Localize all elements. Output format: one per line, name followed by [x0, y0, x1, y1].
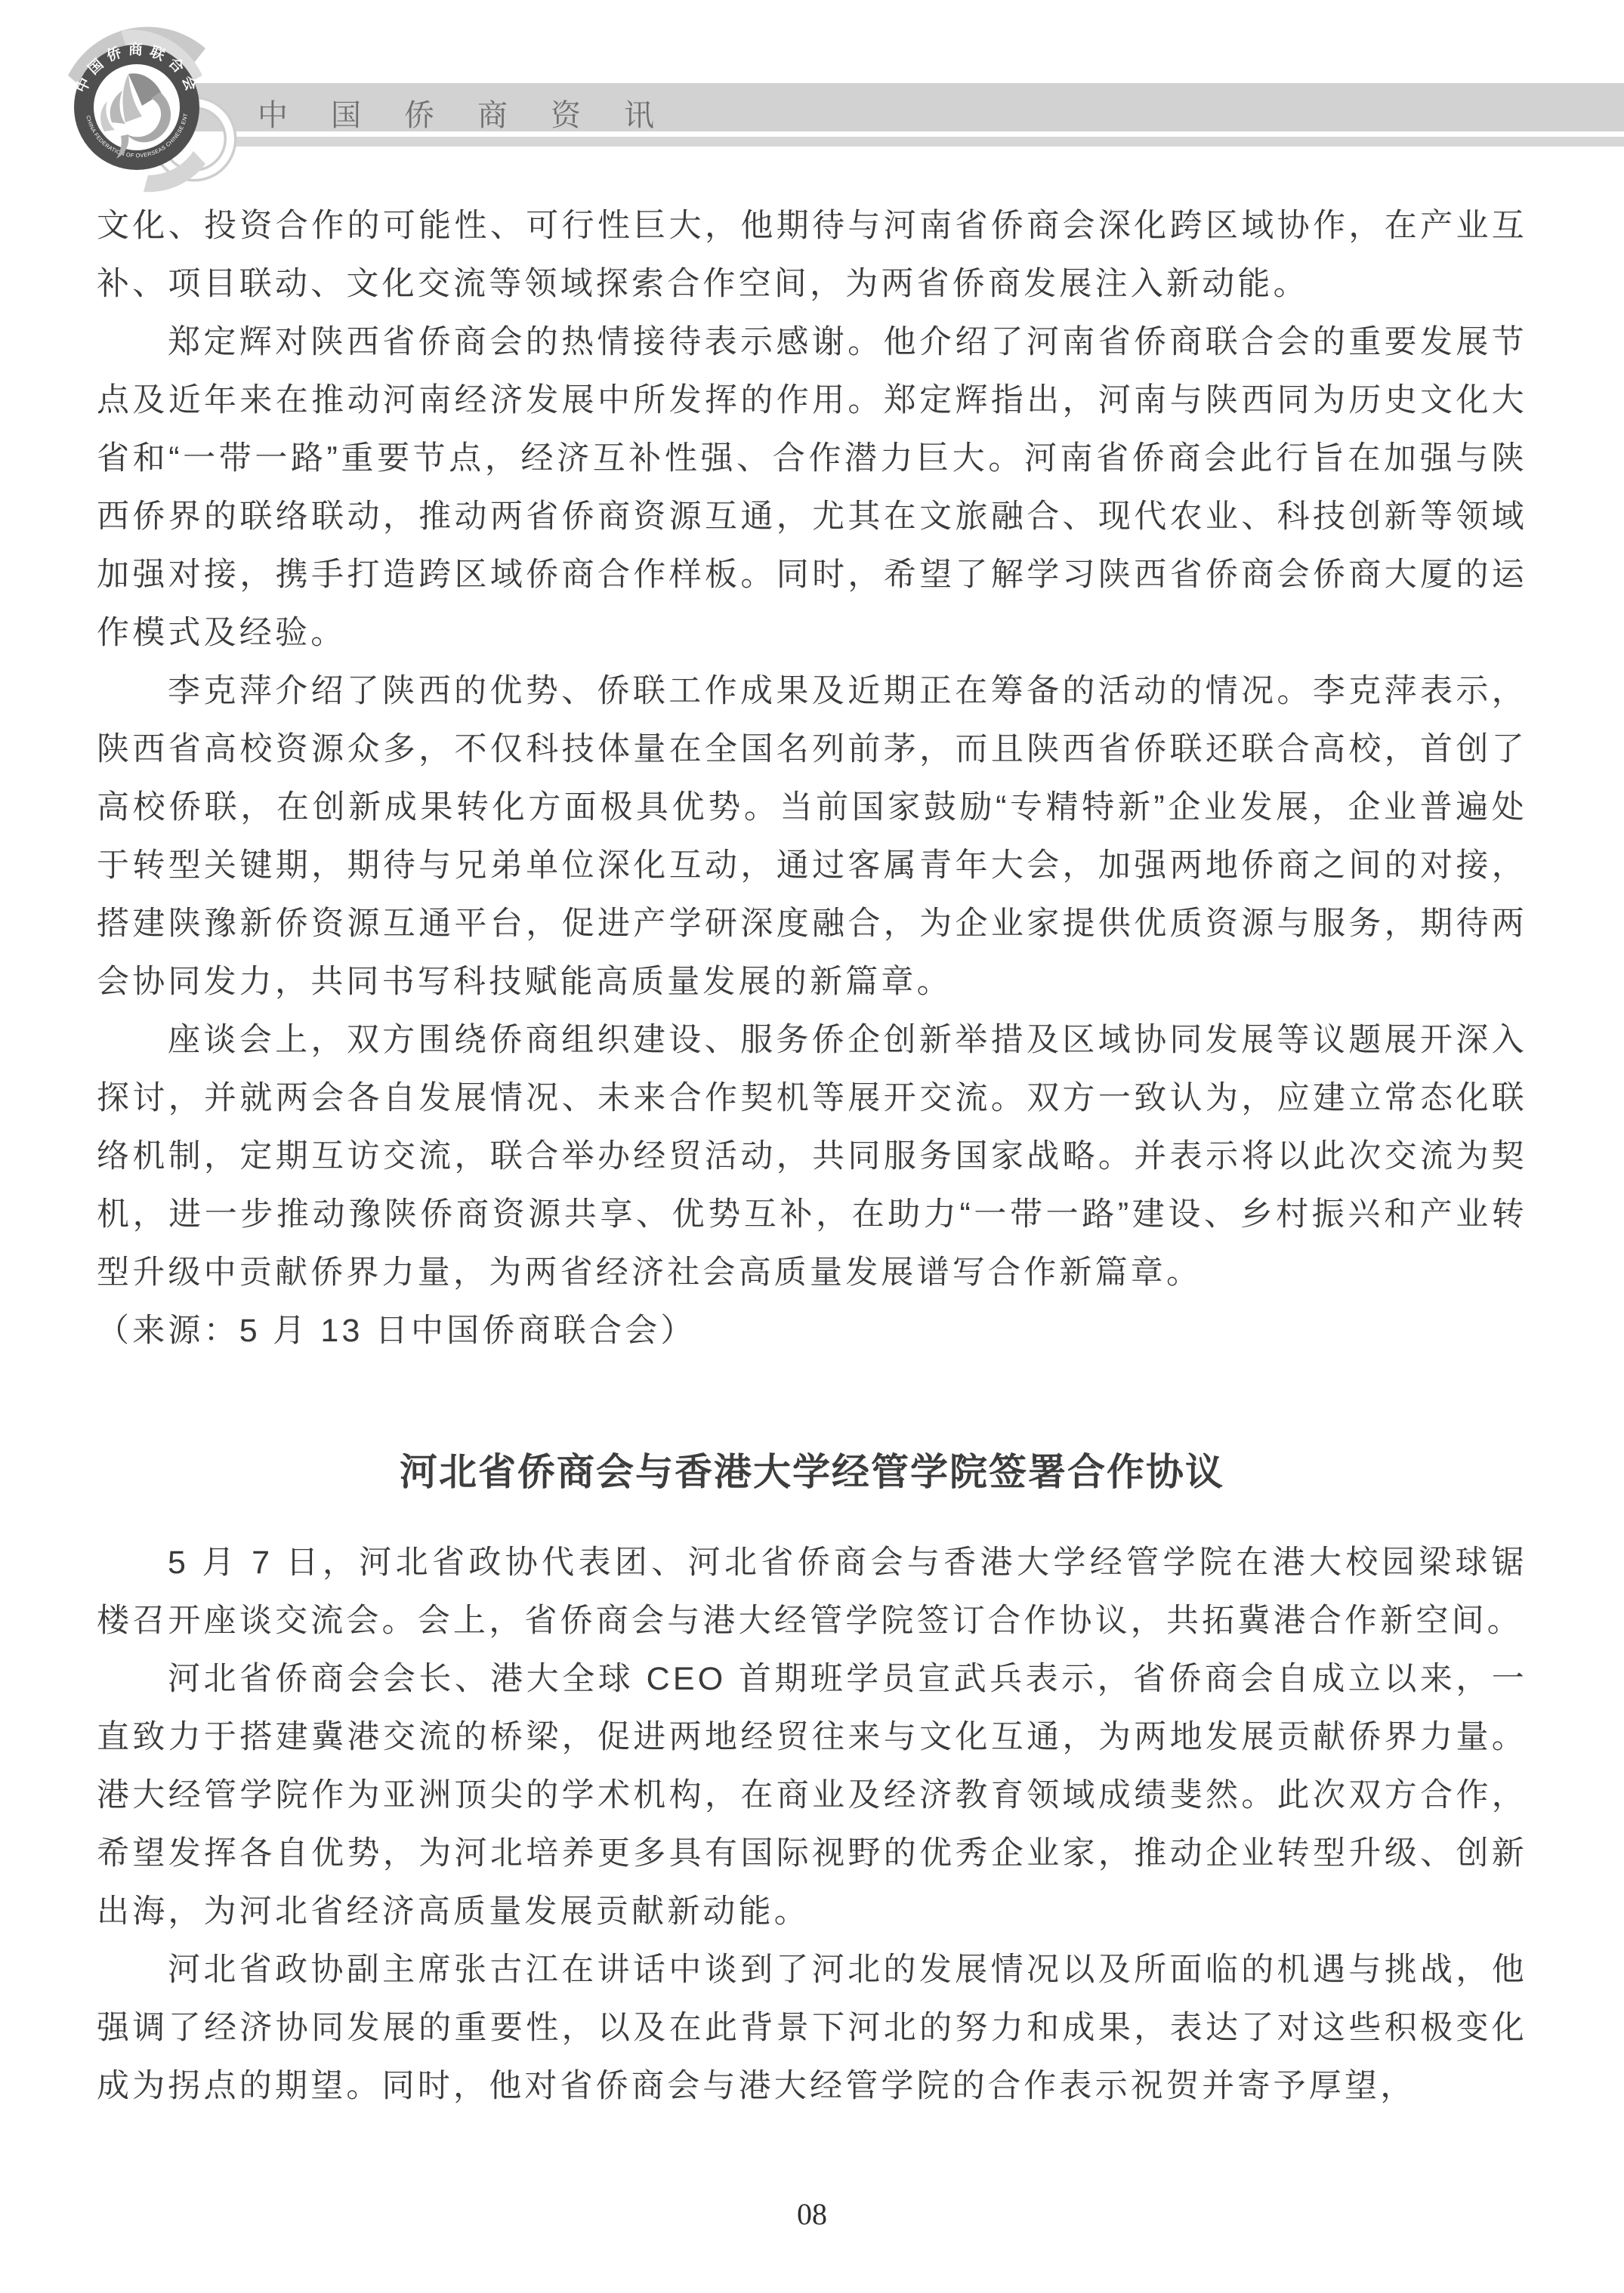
article1-body: 文化、投资合作的可能性、可行性巨大，他期待与河南省侨商会深化跨区域协作，在产业互… — [97, 197, 1527, 1360]
magazine-page: 中国侨商资讯 中国侨商联合会 CHINA FEDERATION OF OVERS… — [0, 0, 1624, 2293]
paragraph: 座谈会上，双方围绕侨商组织建设、服务侨企创新举措及区域协同发展等议题展开深入探讨… — [97, 1011, 1527, 1302]
article2-body: 5 月 7 日，河北省政协代表团、河北省侨商会与香港大学经管学院在港大校园梁球锯… — [97, 1534, 1527, 2116]
paragraph: 河北省政协副主席张古江在讲话中谈到了河北的发展情况以及所面临的机遇与挑战，他强调… — [97, 1941, 1527, 2116]
paragraph: 文化、投资合作的可能性、可行性巨大，他期待与河南省侨商会深化跨区域协作，在产业互… — [97, 197, 1527, 313]
paragraph: 5 月 7 日，河北省政协代表团、河北省侨商会与香港大学经管学院在港大校园梁球锯… — [97, 1534, 1527, 1650]
source-attribution: （来源：5 月 13 日中国侨商联合会） — [97, 1302, 1527, 1360]
paragraph: 河北省侨商会会长、港大全球 CEO 首期班学员宣武兵表示，省侨商会自成立以来，一… — [97, 1650, 1527, 1941]
header-band-thin — [230, 137, 1624, 147]
cfoce-logo-icon: 中国侨商联合会 CHINA FEDERATION OF OVERSEAS CHI… — [15, 2, 257, 228]
article2-title: 河北省侨商会与香港大学经管学院签署合作协议 — [97, 1443, 1527, 1501]
header-title: 中国侨商资讯 — [258, 91, 697, 134]
page-number: 08 — [0, 2196, 1624, 2232]
paragraph: 郑定辉对陕西省侨商会的热情接待表示感谢。他介绍了河南省侨商联合会的重要发展节点及… — [97, 313, 1527, 662]
paragraph: 李克萍介绍了陕西的优势、侨联工作成果及近期正在筹备的活动的情况。李克萍表示，陕西… — [97, 662, 1527, 1011]
page-content: 文化、投资合作的可能性、可行性巨大，他期待与河南省侨商会深化跨区域协作，在产业互… — [97, 197, 1527, 2116]
